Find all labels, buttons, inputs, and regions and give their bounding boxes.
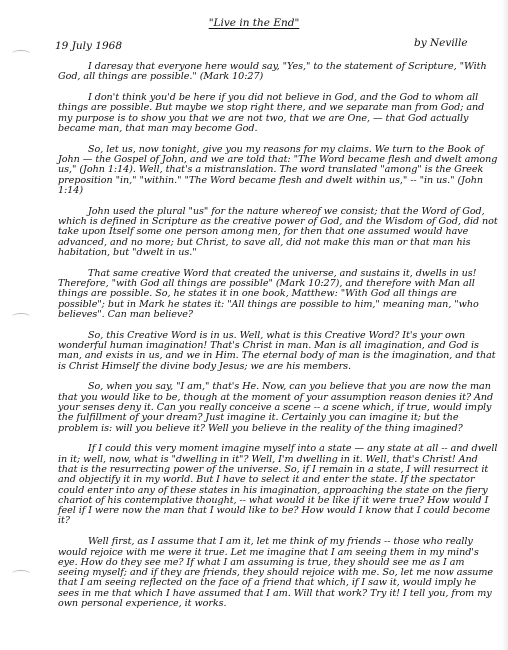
- hole-punch-mark: [12, 313, 30, 320]
- paragraph: I don't think you'd be here if you did n…: [58, 93, 498, 134]
- paragraph: So, when you say, "I am," that's He. Now…: [58, 382, 498, 433]
- hole-punch-mark: [12, 50, 30, 57]
- document-body: I daresay that everyone here would say, …: [58, 62, 498, 620]
- document-byline: by Neville: [414, 37, 468, 49]
- paragraph: Well first, as I assume that I am it, le…: [58, 537, 498, 609]
- document-page: "Live in the End" 19 July 1968 by Nevill…: [0, 0, 508, 650]
- paragraph: John used the plural "us" for the nature…: [58, 207, 498, 258]
- title-text: "Live in the End": [209, 17, 300, 29]
- paragraph: If I could this very moment imagine myse…: [58, 444, 498, 526]
- paragraph: So, this Creative Word is in us. Well, w…: [58, 331, 498, 372]
- paragraph: That same creative Word that created the…: [58, 269, 498, 320]
- hole-punch-mark: [12, 570, 30, 577]
- paragraph: I daresay that everyone here would say, …: [58, 62, 498, 83]
- document-date: 19 July 1968: [55, 40, 122, 52]
- document-title: "Live in the End": [0, 17, 508, 29]
- page-edge: [502, 0, 508, 650]
- paragraph: So, let us, now tonight, give you my rea…: [58, 145, 498, 196]
